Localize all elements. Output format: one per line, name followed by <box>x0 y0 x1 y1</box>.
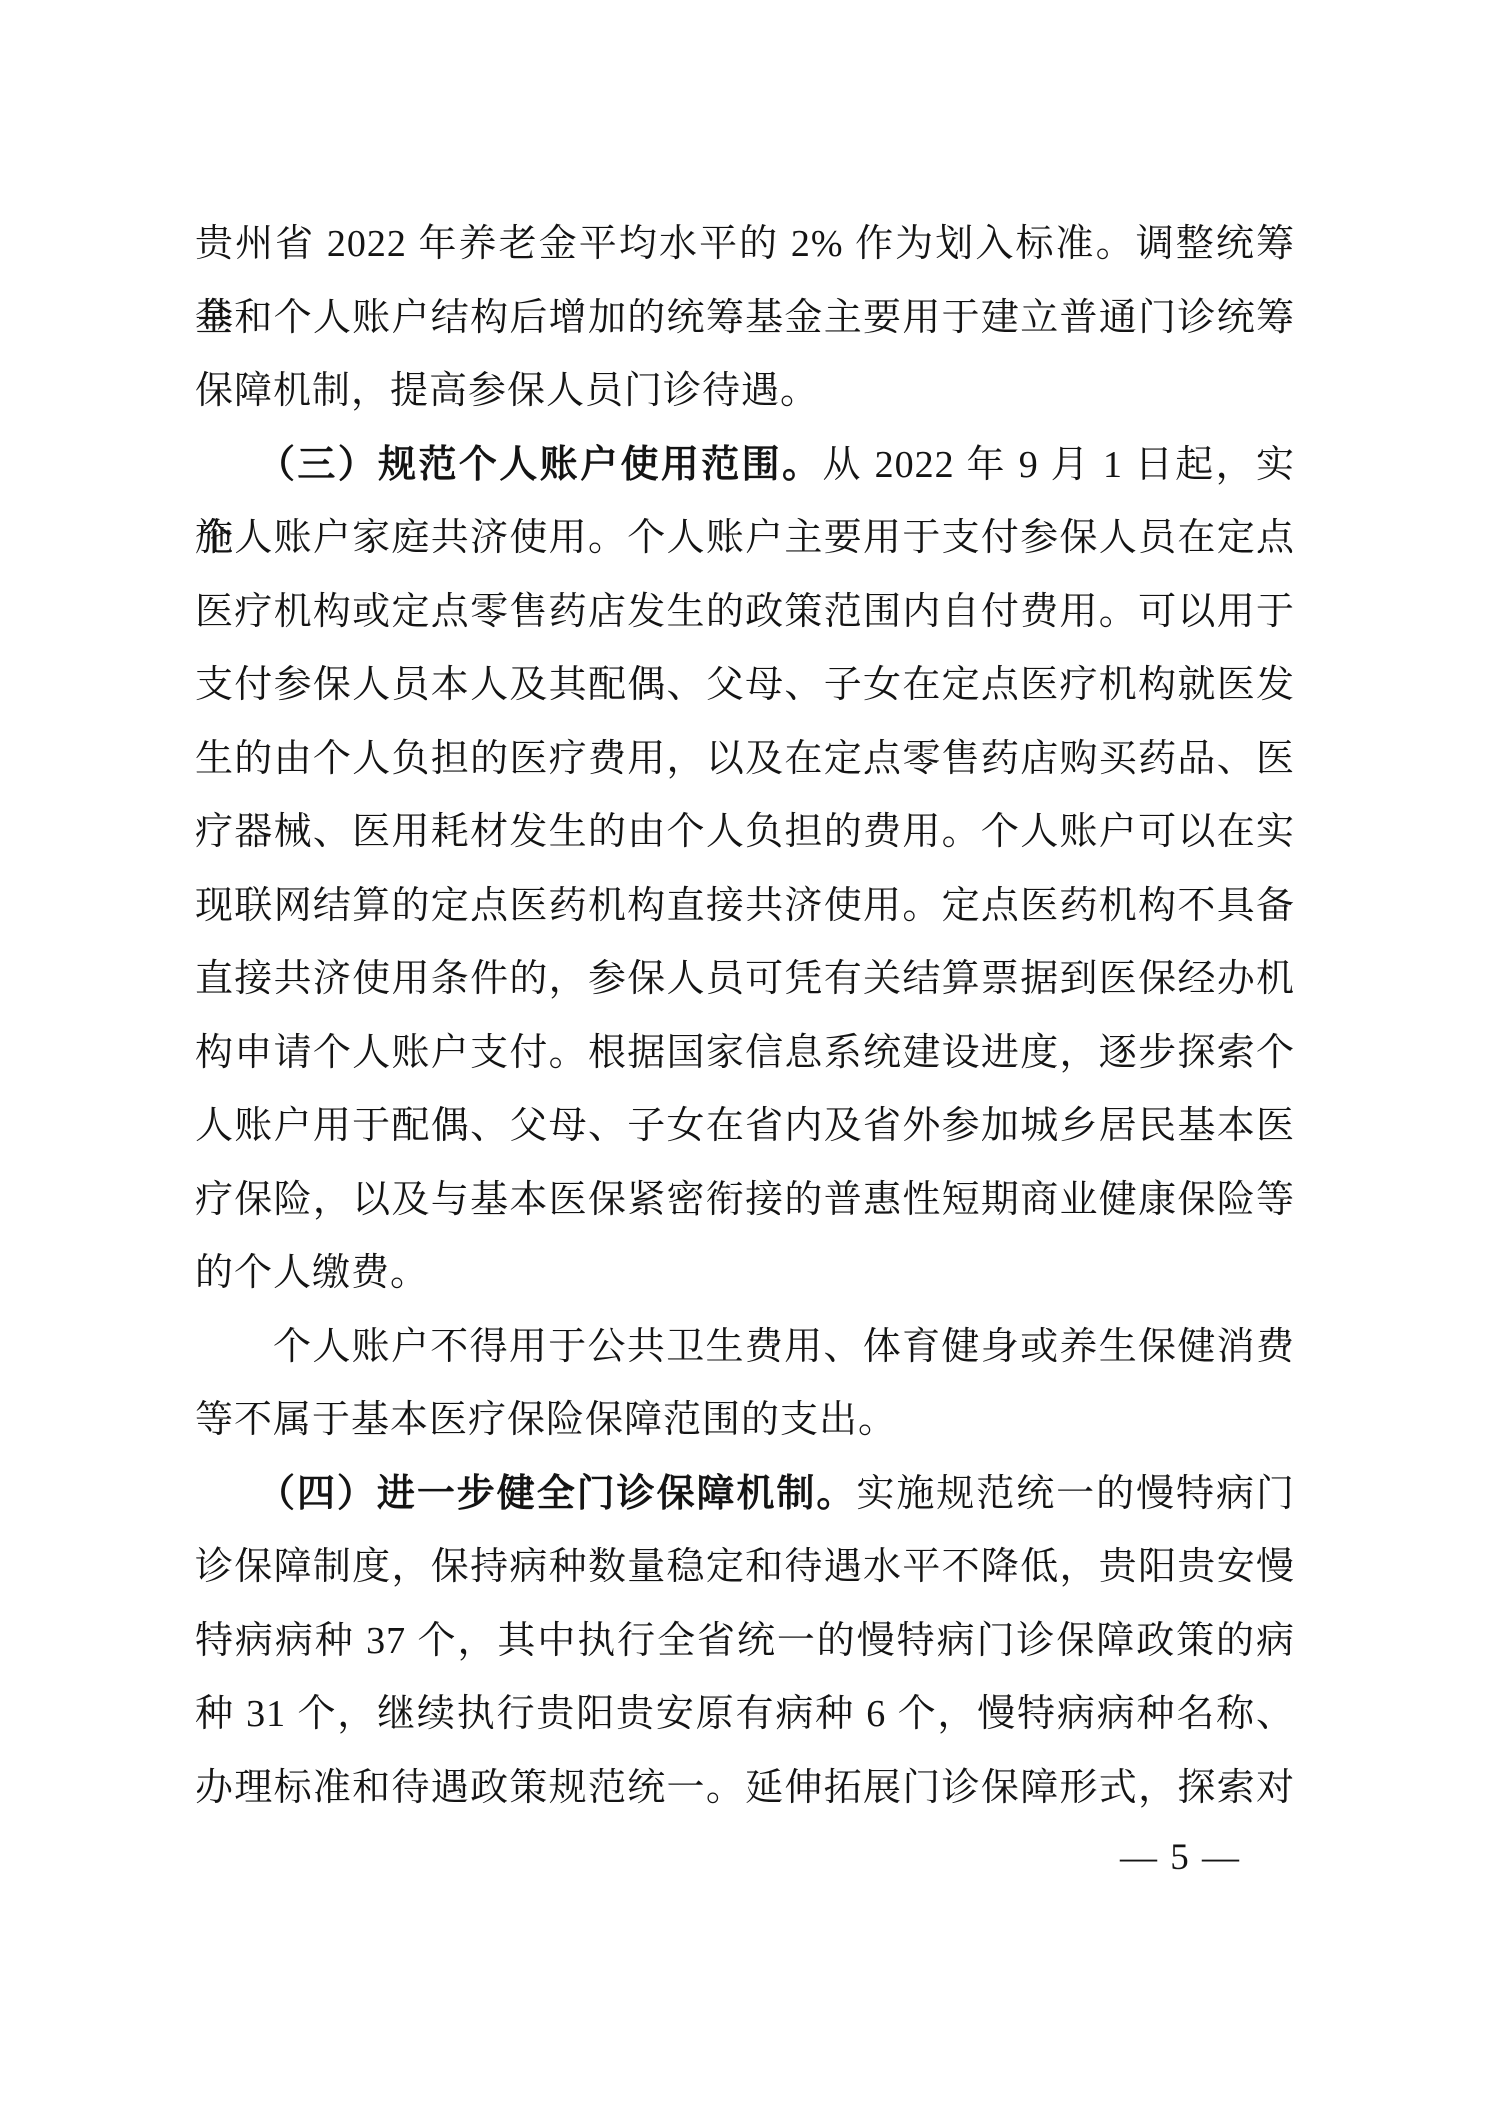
line-text: 诊保障制度，保持病种数量稳定和待遇水平不降低，贵阳贵安慢 <box>195 1546 1295 1588</box>
text-line: 的个人缴费。 <box>195 1237 1295 1311</box>
text-line: 人账户用于配偶、父母、子女在省内及省外参加城乡居民基本医 <box>195 1090 1295 1164</box>
line-text: 构申请个人账户支付。根据国家信息系统建设进度，逐步探索个 <box>195 1032 1295 1074</box>
text-line: 现联网结算的定点医药机构直接共济使用。定点医药机构不具备 <box>195 870 1295 944</box>
line-text: 疗器械、医用耗材发生的由个人负担的费用。个人账户可以在实 <box>195 811 1295 853</box>
text-line: 保障机制，提高参保人员门诊待遇。 <box>195 355 1295 429</box>
text-line: 支付参保人员本人及其配偶、父母、子女在定点医疗机构就医发 <box>195 649 1295 723</box>
text-line: 办理标准和待遇政策规范统一。延伸拓展门诊保障形式，探索对 <box>195 1752 1295 1826</box>
line-text: 实施规范统一的慢特病门 <box>856 1473 1295 1515</box>
line-text: 现联网结算的定点医药机构直接共济使用。定点医药机构不具备 <box>195 885 1295 927</box>
text-line: 个人账户家庭共济使用。个人账户主要用于支付参保人员在定点 <box>195 502 1295 576</box>
page-number: — 5 — <box>1108 1835 1253 1881</box>
text-line: 医疗机构或定点零售药店发生的政策范围内自付费用。可以用于 <box>195 576 1295 650</box>
text-line: 贵州省 2022 年养老金平均水平的 2% 作为划入标准。调整统筹基 <box>195 208 1295 282</box>
line-text: 金和个人账户结构后增加的统筹基金主要用于建立普通门诊统筹 <box>195 297 1295 339</box>
text-line: 疗保险，以及与基本医保紧密衔接的普惠性短期商业健康保险等 <box>195 1164 1295 1238</box>
line-text: 生的由个人负担的医疗费用，以及在定点零售药店购买药品、医 <box>195 738 1295 780</box>
line-text: 支付参保人员本人及其配偶、父母、子女在定点医疗机构就医发 <box>195 664 1295 706</box>
line-text: 个人账户家庭共济使用。个人账户主要用于支付参保人员在定点 <box>195 517 1295 559</box>
text-line: （三）规范个人账户使用范围。从 2022 年 9 月 1 日起，实施 <box>195 429 1295 503</box>
line-text: 人账户用于配偶、父母、子女在省内及省外参加城乡居民基本医 <box>195 1105 1295 1147</box>
document-page: 贵州省 2022 年养老金平均水平的 2% 作为划入标准。调整统筹基 金和个人账… <box>0 0 1487 2105</box>
text-line: 诊保障制度，保持病种数量稳定和待遇水平不降低，贵阳贵安慢 <box>195 1531 1295 1605</box>
text-line: 金和个人账户结构后增加的统筹基金主要用于建立普通门诊统筹 <box>195 282 1295 356</box>
text-line: 直接共济使用条件的，参保人员可凭有关结算票据到医保经办机 <box>195 943 1295 1017</box>
section-heading: （三）规范个人账户使用范围。 <box>257 444 822 486</box>
line-text: 保障机制，提高参保人员门诊待遇。 <box>195 370 819 412</box>
line-text: 疗保险，以及与基本医保紧密衔接的普惠性短期商业健康保险等 <box>195 1179 1295 1221</box>
line-text: 个人账户不得用于公共卫生费用、体育健身或养生保健消费 <box>273 1326 1295 1368</box>
text-line: 生的由个人负担的医疗费用，以及在定点零售药店购买药品、医 <box>195 723 1295 797</box>
line-text: 种 31 个，继续执行贵阳贵安原有病种 6 个，慢特病病种名称、 <box>195 1693 1295 1735</box>
text-line: 等不属于基本医疗保险保障范围的支出。 <box>195 1384 1295 1458</box>
text-line: 构申请个人账户支付。根据国家信息系统建设进度，逐步探索个 <box>195 1017 1295 1091</box>
line-text: 直接共济使用条件的，参保人员可凭有关结算票据到医保经办机 <box>195 958 1295 1000</box>
text-line: 个人账户不得用于公共卫生费用、体育健身或养生保健消费 <box>195 1311 1295 1385</box>
text-line: 特病病种 37 个，其中执行全省统一的慢特病门诊保障政策的病 <box>195 1605 1295 1679</box>
line-text: 办理标准和待遇政策规范统一。延伸拓展门诊保障形式，探索对 <box>195 1767 1295 1809</box>
text-line: 种 31 个，继续执行贵阳贵安原有病种 6 个，慢特病病种名称、 <box>195 1678 1295 1752</box>
line-text: 特病病种 37 个，其中执行全省统一的慢特病门诊保障政策的病 <box>195 1620 1295 1662</box>
line-text: 等不属于基本医疗保险保障范围的支出。 <box>195 1399 897 1441</box>
line-text: 医疗机构或定点零售药店发生的政策范围内自付费用。可以用于 <box>195 591 1295 633</box>
text-block: 贵州省 2022 年养老金平均水平的 2% 作为划入标准。调整统筹基 金和个人账… <box>195 208 1295 1825</box>
text-line: （四）进一步健全门诊保障机制。实施规范统一的慢特病门 <box>195 1458 1295 1532</box>
line-text: 的个人缴费。 <box>195 1252 429 1294</box>
section-heading: （四）进一步健全门诊保障机制。 <box>257 1473 856 1515</box>
text-line: 疗器械、医用耗材发生的由个人负担的费用。个人账户可以在实 <box>195 796 1295 870</box>
